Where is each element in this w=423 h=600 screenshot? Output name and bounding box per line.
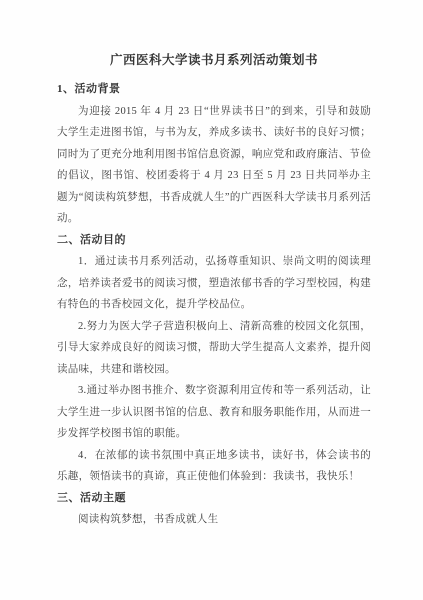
paragraph-purpose-item-3: 3.通过举办图书推介、数字资源利用宣传和等一系列活动，让大学生进一步认识图书馆的… — [57, 380, 371, 445]
section-activity-background: 1、活动背景 为迎接 2015 年 4 月 23 日“世界读书日”的到来，引导和… — [57, 79, 371, 230]
section-heading-purpose: 二、活动目的 — [57, 230, 371, 252]
section-activity-theme: 三、活动主题 阅读构筑梦想，书香成就人生 — [57, 488, 371, 531]
paragraph-purpose-item-2: 2.努力为医大学子营造积极向上、清新高雅的校园文化氛围，引导大家养成良好的阅读习… — [57, 316, 371, 381]
paragraph-theme: 阅读构筑梦想，书香成就人生 — [57, 509, 371, 531]
paragraph-purpose-item-1: 1．通过读书月系列活动，弘扬尊重知识、崇尚文明的阅读理念，培养读者爱书的阅读习惯… — [57, 251, 371, 316]
section-heading-background: 1、活动背景 — [57, 79, 371, 101]
section-heading-theme: 三、活动主题 — [57, 488, 371, 510]
paragraph-purpose-item-4: 4．在浓郁的读书氛围中真正地多读书，读好书，体会读书的乐趣，领悟读书的真谛，真正… — [57, 445, 371, 488]
paragraph-background: 为迎接 2015 年 4 月 23 日“世界读书日”的到来，引导和鼓励大学生走进… — [57, 101, 371, 230]
section-activity-purpose: 二、活动目的 1．通过读书月系列活动，弘扬尊重知识、崇尚文明的阅读理念，培养读者… — [57, 230, 371, 488]
document-page: 广西医科大学读书月系列活动策划书 1、活动背景 为迎接 2015 年 4 月 2… — [0, 0, 423, 600]
document-title: 广西医科大学读书月系列活动策划书 — [57, 50, 371, 70]
